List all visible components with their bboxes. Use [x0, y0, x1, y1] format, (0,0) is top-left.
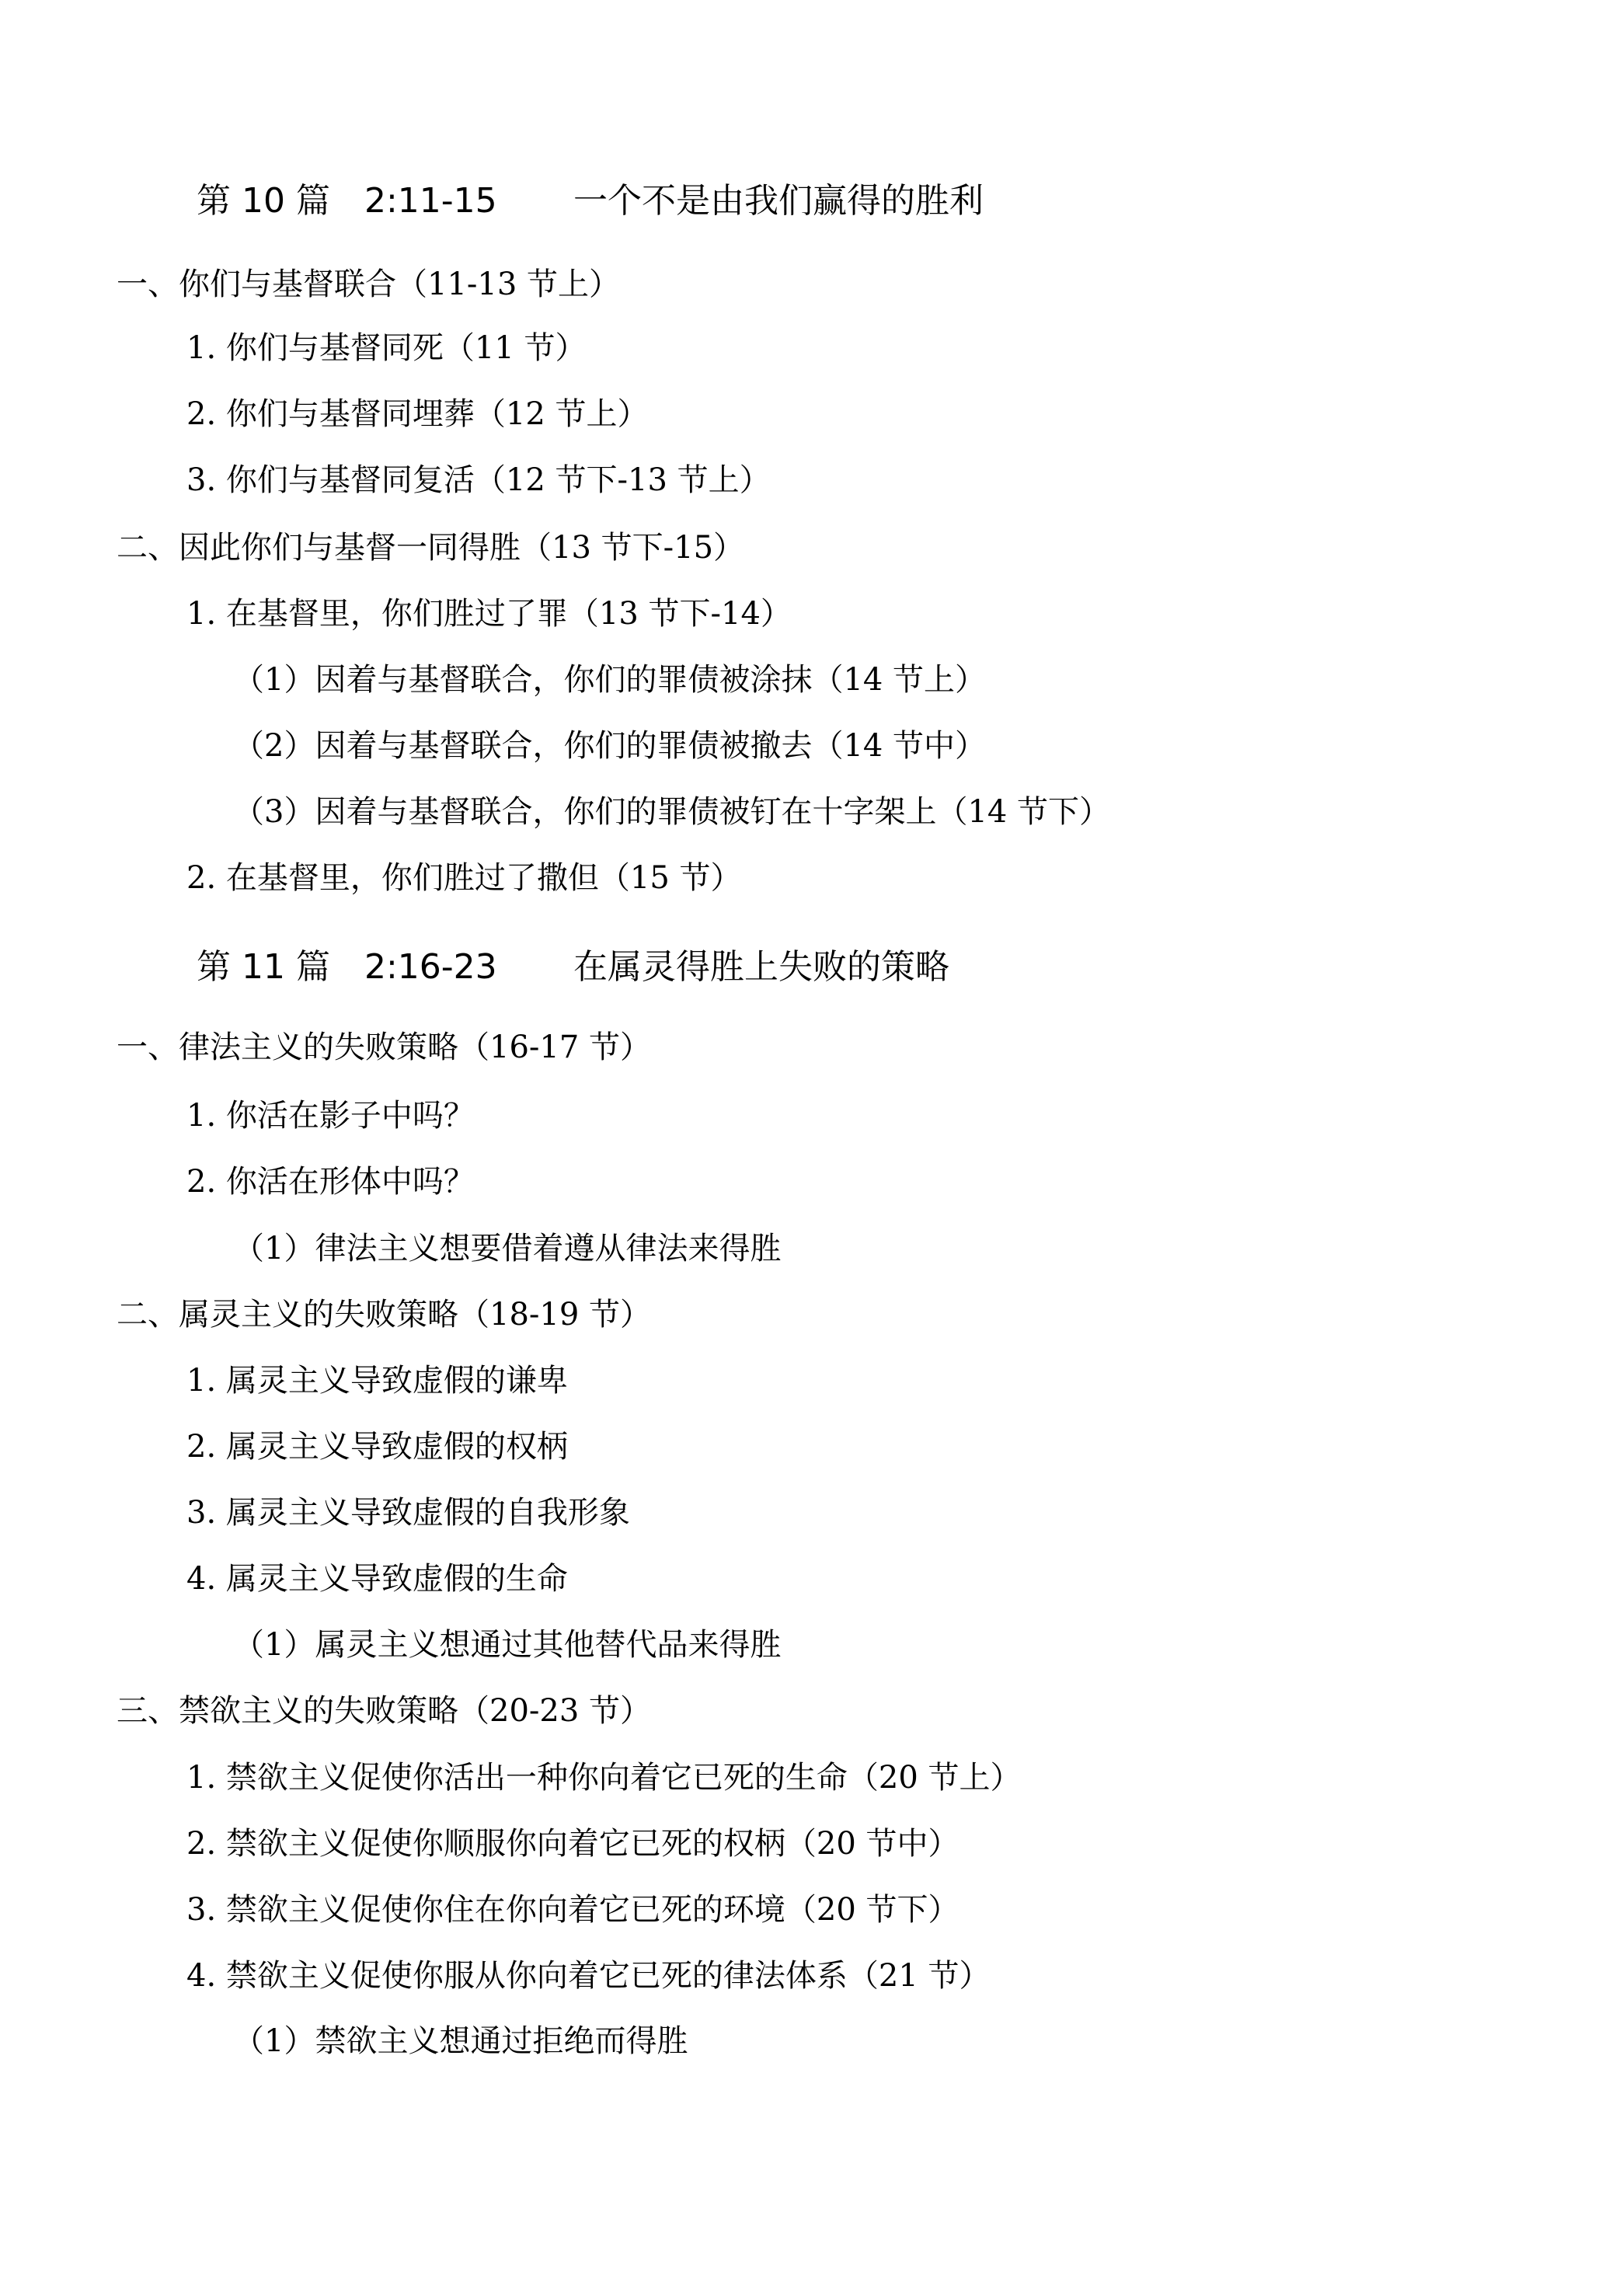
- outline-heading: 三、禁欲主义的失败策略（20-23 节）: [117, 1695, 651, 1726]
- document-page: 第 10 篇 2:11-15 一个不是由我们赢得的胜利 一、你们与基督联合（11…: [0, 0, 1616, 2296]
- outline-subpoint: （1）因着与基督联合，你们的罪债被涂抹（14 节上）: [233, 664, 986, 695]
- outline-heading: 二、因此你们与基督一同得胜（13 节下-15）: [117, 532, 744, 563]
- section-number: 第 11 篇: [197, 950, 330, 984]
- outline-point: 3. 属灵主义导致虚假的自我形象: [186, 1497, 630, 1528]
- outline-subpoint: （3）因着与基督联合，你们的罪债被钉在十字架上（14 节下）: [233, 796, 1110, 827]
- outline-point: 1. 在基督里，你们胜过了罪（13 节下-14）: [186, 598, 792, 629]
- outline-point: 1. 属灵主义导致虚假的谦卑: [186, 1365, 568, 1396]
- outline-subpoint: （2）因着与基督联合，你们的罪债被撤去（14 节中）: [233, 730, 986, 761]
- section-subtitle: 在属灵得胜上失败的策略: [573, 950, 949, 984]
- section-number: 第 10 篇: [197, 184, 330, 218]
- outline-subpoint: （1）属灵主义想通过其他替代品来得胜: [233, 1629, 781, 1660]
- outline-heading: 二、属灵主义的失败策略（18-19 节）: [117, 1299, 651, 1330]
- outline-subpoint: （1）律法主义想要借着遵从律法来得胜: [233, 1233, 781, 1264]
- outline-point: 2. 在基督里，你们胜过了撒但（15 节）: [186, 862, 742, 894]
- section-title: 第 11 篇 2:16-23 在属灵得胜上失败的策略: [197, 950, 497, 984]
- outline-point: 2. 禁欲主义促使你顺服你向着它已死的权柄（20 节中）: [186, 1828, 959, 1859]
- outline-point: 3. 禁欲主义促使你住在你向着它已死的环境（20 节下）: [186, 1894, 959, 1925]
- outline-heading: 一、你们与基督联合（11-13 节上）: [117, 269, 620, 300]
- scripture-reference: 2:11-15: [364, 184, 497, 218]
- section-title: 第 10 篇 2:11-15 一个不是由我们赢得的胜利: [197, 184, 497, 218]
- section-subtitle: 一个不是由我们赢得的胜利: [573, 184, 984, 218]
- scripture-reference: 2:16-23: [364, 950, 497, 984]
- outline-point: 2. 你活在形体中吗？: [186, 1166, 475, 1197]
- outline-point: 3. 你们与基督同复活（12 节下-13 节上）: [186, 465, 771, 496]
- outline-point: 1. 禁欲主义促使你活出一种你向着它已死的生命（20 节上）: [186, 1762, 1022, 1793]
- outline-heading: 一、律法主义的失败策略（16-17 节）: [117, 1032, 651, 1063]
- outline-point: 2. 属灵主义导致虚假的权柄: [186, 1431, 568, 1462]
- outline-point: 4. 禁欲主义促使你服从你向着它已死的律法体系（21 节）: [186, 1960, 991, 1991]
- outline-point: 2. 你们与基督同埋葬（12 节上）: [186, 399, 649, 430]
- outline-point: 1. 你活在影子中吗？: [186, 1100, 475, 1131]
- outline-subpoint: （1）禁欲主义想通过拒绝而得胜: [233, 2026, 688, 2057]
- outline-point: 1. 你们与基督同死（11 节）: [186, 333, 587, 364]
- outline-point: 4. 属灵主义导致虚假的生命: [186, 1563, 568, 1594]
